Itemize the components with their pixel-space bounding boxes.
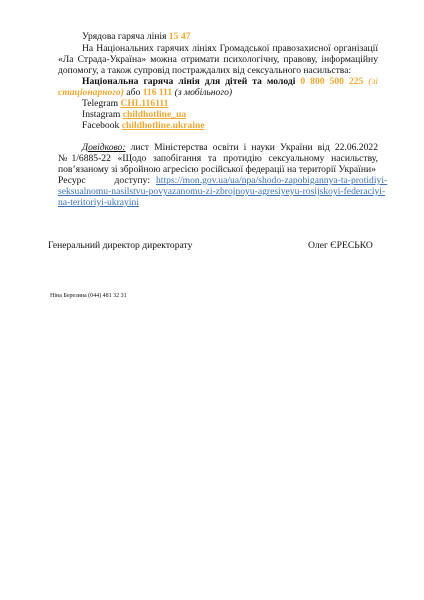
reference-line-1: Довідково: лист Міністерства освіти і на… bbox=[82, 142, 378, 153]
resource-url-part-3[interactable]: na-teritoriyi-ukrayini bbox=[58, 197, 139, 208]
instagram-link[interactable]: childhotline_ua bbox=[123, 109, 186, 120]
national-hotlines-line-3: допомогу, а також супровід постраждалих … bbox=[58, 65, 351, 76]
resource-label: Ресурс доступу: bbox=[58, 175, 150, 186]
national-hotlines-line-2: «Ла Страда-Україна» можна отримати психо… bbox=[58, 54, 378, 65]
signature-name: Олег ЄРЕСЬКО bbox=[308, 240, 373, 251]
social-facebook: Facebook childhotline.ukraine bbox=[82, 120, 205, 131]
reference-line-3: пов’язаному зі збройною агресією російсь… bbox=[58, 164, 376, 175]
national-hotlines-line-1: На Національних гарячих лініях Громадськ… bbox=[82, 43, 378, 54]
telegram-link[interactable]: CHL116111 bbox=[120, 98, 168, 109]
stationary-note: (зі bbox=[363, 76, 378, 87]
mobile-note: (з мобільного) bbox=[172, 87, 232, 98]
stationary-note-cont: стаціонарного) bbox=[58, 87, 124, 98]
stationary-number: 0 800 500 225 bbox=[300, 76, 363, 87]
social-telegram: Telegram CHL116111 bbox=[82, 98, 168, 109]
reference-line-2: №1/6885-22 «Щодо запобігання та протидію… bbox=[58, 153, 378, 164]
resource-url-line-2: seksualnomu-nasilstvu-povyazanomu-zi-zbr… bbox=[58, 186, 385, 197]
gov-hotline-line: Урядова гаряча лінія 15 47 bbox=[82, 31, 190, 42]
executor-contact: Ніна Березина (044) 481 32 31 bbox=[50, 293, 127, 300]
facebook-label: Facebook bbox=[82, 120, 122, 131]
facebook-link[interactable]: childhotline.ukraine bbox=[122, 120, 205, 131]
reference-label: Довідково: bbox=[82, 142, 126, 153]
children-hotline-line-2: стаціонарного) або 116 111 (з мобільного… bbox=[58, 87, 232, 98]
social-instagram: Instagram childhotline_ua bbox=[82, 109, 186, 120]
resource-url-part-1[interactable]: https://mon.gov.ua/ua/npa/shodo-zapobiga… bbox=[156, 175, 387, 186]
children-hotline-label: Національна гаряча лінія для дітей та мо… bbox=[82, 76, 300, 87]
mobile-number: 116 111 bbox=[143, 87, 173, 98]
document-page: Урядова гаряча лінія 15 47 На Національн… bbox=[0, 0, 424, 600]
gov-hotline-number: 15 47 bbox=[169, 31, 191, 42]
signature-position: Генеральний директор директорату bbox=[48, 240, 192, 251]
resource-line: Ресурс доступу:https://mon.gov.ua/ua/npa… bbox=[58, 175, 378, 186]
resource-url-part-2[interactable]: seksualnomu-nasilstvu-povyazanomu-zi-zbr… bbox=[58, 186, 385, 197]
telegram-label: Telegram bbox=[82, 98, 120, 109]
reference-text-1: лист Міністерства освіти і науки України… bbox=[126, 142, 378, 153]
gov-hotline-label: Урядова гаряча лінія bbox=[82, 31, 169, 42]
resource-url-line-3: na-teritoriyi-ukrayini bbox=[58, 197, 139, 208]
children-hotline-line-1: Національна гаряча лінія для дітей та мо… bbox=[82, 76, 378, 87]
instagram-label: Instagram bbox=[82, 109, 123, 120]
or-text: або bbox=[124, 87, 143, 98]
